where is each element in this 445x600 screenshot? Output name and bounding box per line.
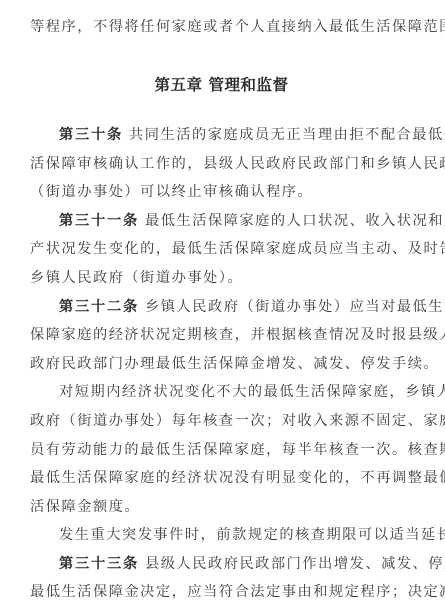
line-text: 产状况发生变化的，最低生活保障家庭成员应当主动、及时告知 — [30, 241, 445, 257]
article-number: 第三十一条 — [59, 213, 139, 229]
article-paragraph-start: 第三十一条 最低生活保障家庭的人口状况、收入状况和财 — [30, 211, 413, 231]
article-paragraph-start: 第三十条 共同生活的家庭成员无正当理由拒不配合最低生 — [30, 125, 413, 145]
article-number: 第三十三条 — [59, 556, 139, 572]
line-text: 活保障审核确认工作的，县级人民政府民政部门和乡镇人民政府 — [30, 156, 445, 172]
line-text: 县级人民政府民政部门作出增发、减发、停发 — [139, 556, 445, 572]
text-line: 政府（街道办事处）每年核查一次；对收入来源不固定、家庭成 — [30, 411, 413, 431]
text-line: 员有劳动能力的最低生活保障家庭，每半年核查一次。核查期内 — [30, 440, 413, 460]
line-text: 发生重大突发事件时，前款规定的核查期限可以适当延长。 — [59, 527, 445, 543]
article-number: 第三十条 — [59, 127, 123, 143]
text-line: （街道办事处）可以终止审核确认程序。 — [30, 182, 413, 202]
text-line: 发生重大突发事件时，前款规定的核查期限可以适当延长。 — [30, 525, 413, 545]
line-text: 政府民政部门办理最低生活保障金增发、减发、停发手续。 — [30, 356, 439, 372]
line-text: 等程序，不得将任何家庭或者个人直接纳入最低生活保障范围。 — [30, 19, 445, 35]
line-text: 活保障金额度。 — [30, 499, 140, 515]
article-paragraph-start: 第三十三条 县级人民政府民政部门作出增发、减发、停发 — [30, 554, 413, 574]
line-text: 保障家庭的经济状况定期核查，并根据核查情况及时报县级人民 — [30, 327, 445, 343]
text-line: 等程序，不得将任何家庭或者个人直接纳入最低生活保障范围。 — [30, 17, 413, 37]
line-text: 乡镇人民政府（街道办事处）。 — [30, 270, 243, 286]
chapter-heading: 第五章 管理和监督 — [30, 73, 413, 95]
line-text: （街道办事处）可以终止审核确认程序。 — [30, 184, 313, 200]
line-text: 对短期内经济状况变化不大的最低生活保障家庭，乡镇人民 — [59, 384, 445, 400]
line-text: 乡镇人民政府（街道办事处）应当对最低生活 — [139, 299, 445, 315]
text-line: 最低生活保障金决定，应当符合法定事由和规定程序；决定减发、 — [30, 582, 413, 600]
text-line: 乡镇人民政府（街道办事处）。 — [30, 268, 413, 288]
text-line: 产状况发生变化的，最低生活保障家庭成员应当主动、及时告知 — [30, 239, 413, 259]
text-line: 活保障审核确认工作的，县级人民政府民政部门和乡镇人民政府 — [30, 154, 413, 174]
text-line: 对短期内经济状况变化不大的最低生活保障家庭，乡镇人民 — [30, 382, 413, 402]
article-paragraph-start: 第三十二条 乡镇人民政府（街道办事处）应当对最低生活 — [30, 297, 413, 317]
line-text: 政府（街道办事处）每年核查一次；对收入来源不固定、家庭成 — [30, 413, 445, 429]
text-line: 最低生活保障家庭的经济状况没有明显变化的，不再调整最低生 — [30, 468, 413, 488]
text-line: 政府民政部门办理最低生活保障金增发、减发、停发手续。 — [30, 354, 413, 374]
line-text: 最低生活保障家庭的经济状况没有明显变化的，不再调整最低生 — [30, 470, 445, 486]
line-text: 员有劳动能力的最低生活保障家庭，每半年核查一次。核查期内 — [30, 442, 445, 458]
line-text: 共同生活的家庭成员无正当理由拒不配合最低生 — [123, 127, 445, 143]
text-line: 活保障金额度。 — [30, 497, 413, 517]
line-text: 最低生活保障金决定，应当符合法定事由和规定程序；决定减发、 — [30, 584, 445, 600]
article-number: 第三十二条 — [59, 299, 139, 315]
text-line: 保障家庭的经济状况定期核查，并根据核查情况及时报县级人民 — [30, 325, 413, 345]
line-text: 最低生活保障家庭的人口状况、收入状况和财 — [139, 213, 445, 229]
